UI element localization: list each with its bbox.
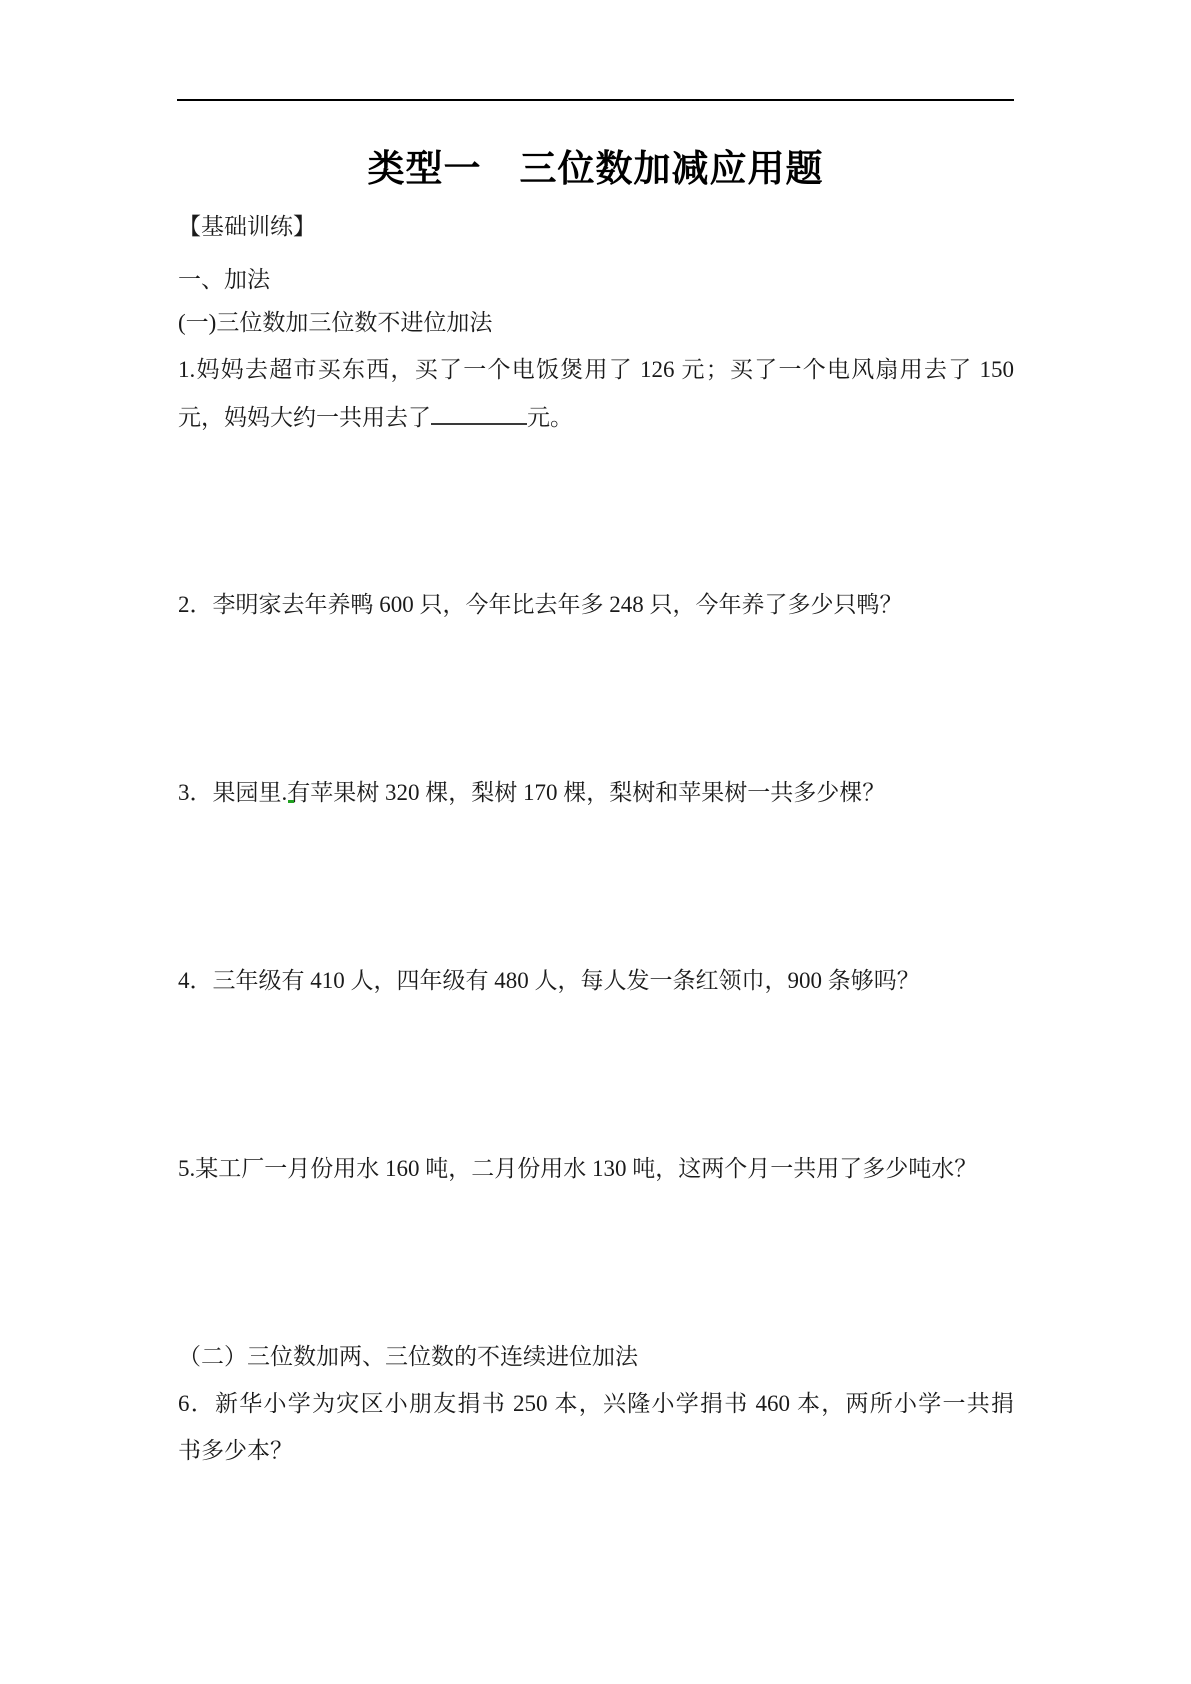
problem-3: 3．果园里.有苹果树 320 棵，梨树 170 棵，梨树和苹果树一共多少棵？ xyxy=(178,777,885,809)
problem-1-line-2-post: 元。 xyxy=(527,405,573,430)
problem-1-line-1: 1.妈妈去超市买东西，买了一个电饭煲用了 126 元；买了一个电风扇用去了 15… xyxy=(178,354,1014,386)
spellcheck-underline-mark xyxy=(288,800,294,803)
section-label-basic-training: 【基础训练】 xyxy=(178,211,316,243)
problem-6-line-2: 书多少本？ xyxy=(178,1435,293,1467)
problem-1-line-2: 元，妈妈大约一共用去了元。 xyxy=(178,401,573,434)
problem-2: 2．李明家去年养鸭 600 只，今年比去年多 248 只，今年养了多少只鸭？ xyxy=(178,589,903,621)
heading-part1-addition: 一、加法 xyxy=(178,264,270,296)
heading-sub1-no-carry-addition: (一)三位数加三位数不进位加法 xyxy=(178,307,492,339)
problem-6-line-1: 6．新华小学为灾区小朋友捐书 250 本，兴隆小学捐书 460 本，两所小学一共… xyxy=(178,1388,1014,1420)
problem-1-line-2-pre: 元，妈妈大约一共用去了 xyxy=(178,405,431,430)
problem-5: 5.某工厂一月份用水 160 吨，二月份用水 130 吨，这两个月一共用了多少吨… xyxy=(178,1153,977,1185)
heading-sub2-non-continuous-carry-addition: （二）三位数加两、三位数的不连续进位加法 xyxy=(178,1341,638,1373)
header-rule xyxy=(177,99,1014,101)
worksheet-page: 类型一 三位数加减应用题 【基础训练】 一、加法 (一)三位数加三位数不进位加法… xyxy=(0,0,1191,1684)
answer-blank xyxy=(431,401,527,425)
page-title: 类型一 三位数加减应用题 xyxy=(0,147,1191,191)
problem-4: 4．三年级有 410 人，四年级有 480 人，每人发一条红领巾，900 条够吗… xyxy=(178,965,920,997)
